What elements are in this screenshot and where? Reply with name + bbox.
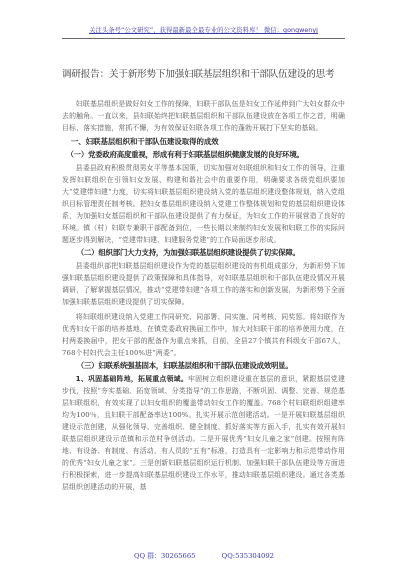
- item-1-text: 牢固树立组织建设重在基层的意识，紧跟基层党建步伐，按照“夯实基础、拓宽领域、分类…: [62, 375, 345, 491]
- header-banner[interactable]: 关注头条号“公文研究”，获得最新最全最专业的公文资料库！ 微信：gongweny…: [62, 24, 345, 39]
- document-body: 妇联基层组织是做好妇女工作的保障，妇联干部队伍是妇女工作延伸到广大妇女群众中去的…: [62, 98, 345, 493]
- subsection-2-paragraph-1: 县委组织部把妇联基层组织建设作为党的基层组织建设的有机组成部分，为新形势下加强妇…: [62, 260, 345, 308]
- item-1-paragraph: 1、巩固基础阵地，拓展重点领域。牢固树立组织建设重在基层的意识，紧跟基层党建步伐…: [62, 373, 345, 493]
- subsection-2-heading: （二）组织部门大力支持，为加强妇联基层组织建设提供了切实保障。: [62, 246, 345, 260]
- header-banner-link[interactable]: 关注头条号“公文研究”，获得最新最全最专业的公文资料库！ 微信：gongweny…: [89, 26, 318, 34]
- subsection-1-heading: （一）党委政府高度重视，形成有利于妇联基层组织健康发展的良好环境。: [62, 148, 345, 162]
- subsection-3-heading: （三）妇联系统强基固本，妇联基层组织和干部队伍建设成效明显。: [62, 359, 345, 373]
- subsection-2-paragraph-2: 将妇联组织建设纳入党建工作同研究、同部署、同实施、同考核、同奖惩。将妇联作为优秀…: [62, 311, 345, 359]
- footer-contact: QQ 群：30265665 QQ:535304092: [0, 550, 408, 560]
- item-1-lead: 1、巩固基础阵地，拓展重点领域。: [76, 375, 188, 383]
- qq-number: QQ:535304092: [222, 552, 274, 560]
- section-1-heading: 一、妇联基层组织和干部队伍建设取得的成效: [62, 135, 345, 148]
- intro-paragraph: 妇联基层组织是做好妇女工作的保障，妇联干部队伍是妇女工作延伸到广大妇女群众中去的…: [62, 98, 345, 134]
- qq-group: QQ 群：30265665: [134, 552, 196, 560]
- subsection-1-paragraph: 县委县政府积极贯彻男女平等基本国策，切实加强对妇联组织和妇女工作的领导，注重发挥…: [62, 162, 345, 246]
- page-title: 调研报告：关于新形势下加强妇联基层组织和干部队伍建设的思考: [62, 66, 352, 80]
